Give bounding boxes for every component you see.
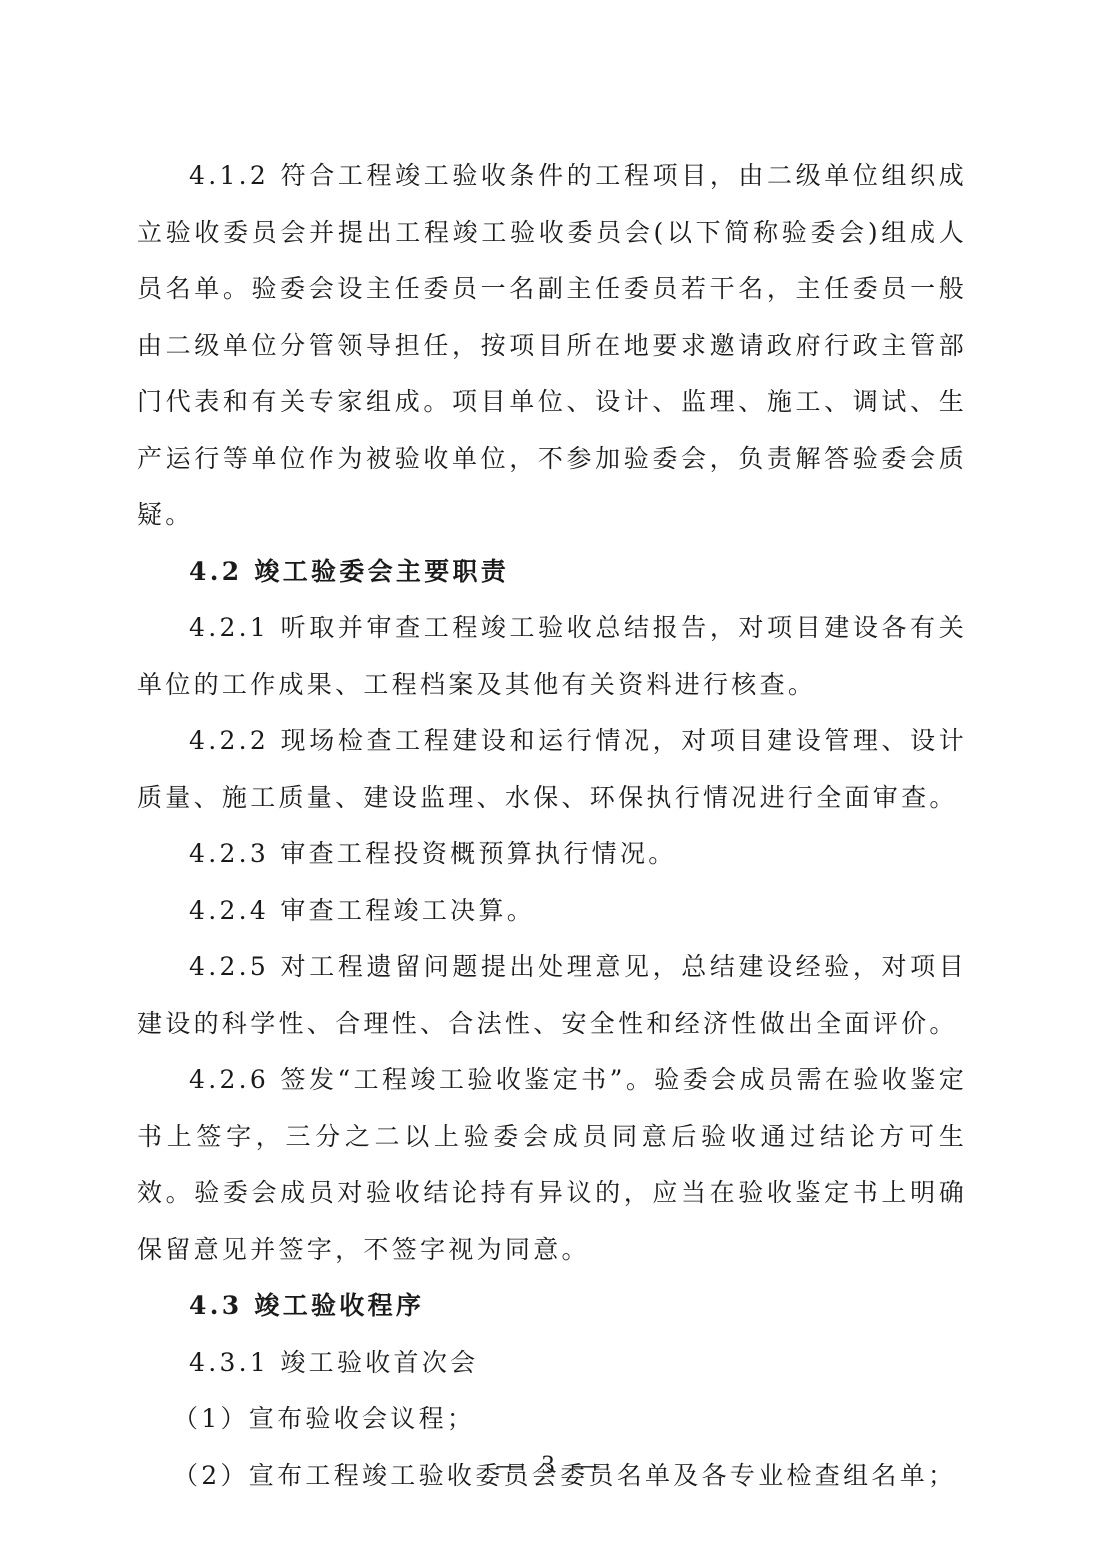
paragraph-4-2-1: 4.2.1 听取并审查工程竣工验收总结报告，对项目建设各有关单位的工作成果、工程… (137, 600, 967, 713)
page-number: — 3 — (0, 1450, 1102, 1480)
section-heading-4-3: 4.3 竣工验收程序 (137, 1278, 967, 1335)
paragraph-4-1-2: 4.1.2 符合工程竣工验收条件的工程项目，由二级单位组织成立验收委员会并提出工… (137, 148, 967, 544)
list-item-1: （1）宣布验收会议程； (137, 1391, 967, 1448)
document-page: 4.1.2 符合工程竣工验收条件的工程项目，由二级单位组织成立验收委员会并提出工… (0, 0, 1102, 1559)
paragraph-4-2-4: 4.2.4 审查工程竣工决算。 (137, 883, 967, 940)
paragraph-4-2-3: 4.2.3 审查工程投资概预算执行情况。 (137, 826, 967, 883)
paragraph-4-2-2: 4.2.2 现场检查工程建设和运行情况，对项目建设管理、设计质量、施工质量、建设… (137, 713, 967, 826)
paragraph-4-2-5: 4.2.5 对工程遗留问题提出处理意见，总结建设经验，对项目建设的科学性、合理性… (137, 939, 967, 1052)
subsection-heading-4-3-1: 4.3.1 竣工验收首次会 (137, 1335, 967, 1392)
document-body: 4.1.2 符合工程竣工验收条件的工程项目，由二级单位组织成立验收委员会并提出工… (137, 148, 967, 1504)
paragraph-4-2-6: 4.2.6 签发“工程竣工验收鉴定书”。验委会成员需在验收鉴定书上签字，三分之二… (137, 1052, 967, 1278)
section-heading-4-2: 4.2 竣工验委会主要职责 (137, 544, 967, 601)
